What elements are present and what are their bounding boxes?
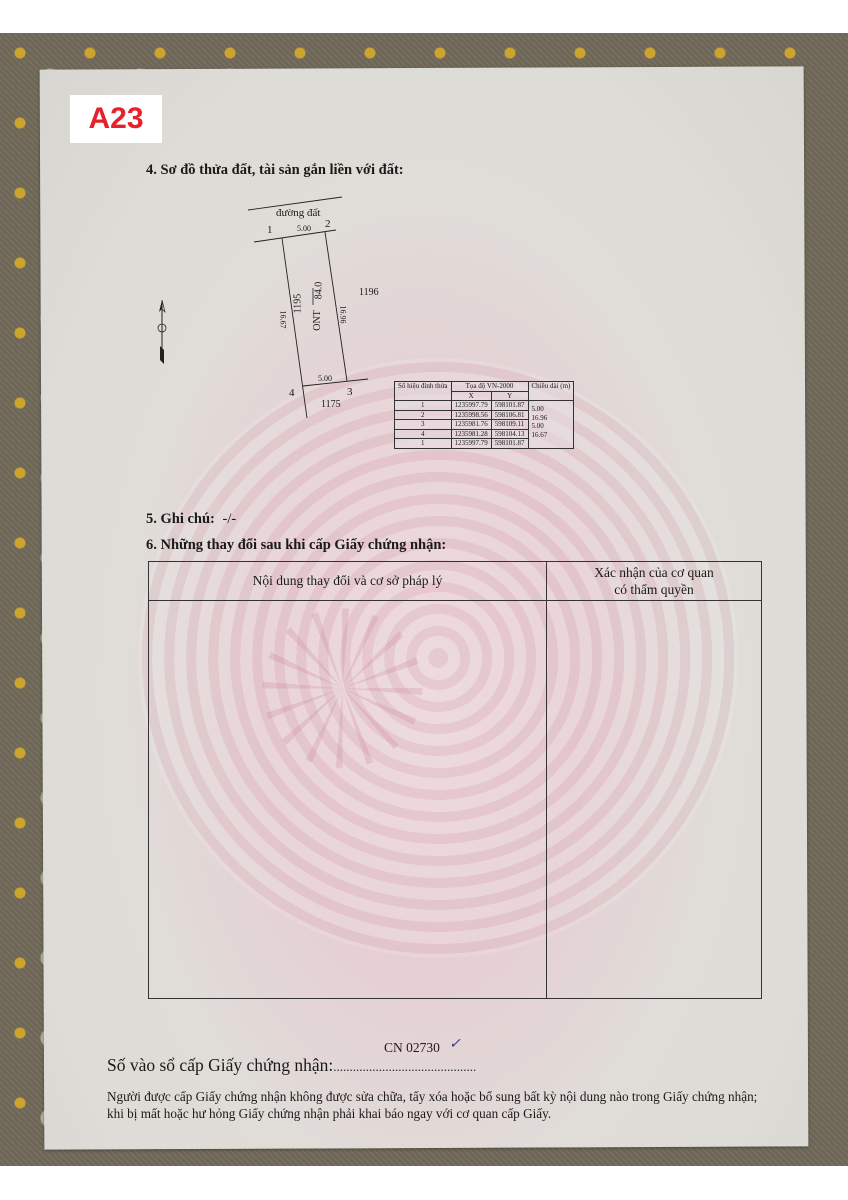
col-authority-confirmation: Xác nhận của cơ quan có thẩm quyền: [547, 564, 761, 598]
col-change-content: Nội dung thay đổi và cơ sở pháp lý: [149, 573, 546, 589]
page-label-badge: A23: [70, 95, 162, 143]
point-1-label: 1: [267, 224, 273, 236]
section-4-title: 4. Sơ đồ thửa đất, tài sản gắn liền với …: [146, 162, 404, 179]
header-divider: [149, 600, 761, 601]
neighbor-parcel-bottom: 1175: [321, 399, 341, 410]
point-2-label: 2: [325, 218, 331, 230]
parcel-area: 84.0: [313, 282, 324, 300]
col-x: X: [451, 391, 491, 401]
col-coord-system: Tọa độ VN-2000: [451, 382, 528, 392]
coordinate-table: Số hiệu đỉnh thửa Tọa độ VN-2000 Chiều d…: [394, 381, 574, 449]
neighbor-parcel-right: 1196: [359, 287, 379, 298]
north-arrow-icon: [152, 298, 172, 368]
land-type: ONT: [312, 310, 323, 331]
top-edge-length: 5.00: [297, 224, 311, 233]
col-length: Chiều dài (m): [528, 382, 574, 401]
road-label: đường đất: [276, 207, 320, 219]
handwritten-check-icon: ✓: [449, 1036, 461, 1053]
notes-label: 5. Ghi chú:: [146, 511, 215, 527]
registry-label: Số vào sổ cấp Giấy chứng nhận:: [107, 1055, 333, 1075]
left-edge-length: 16.67: [279, 311, 288, 329]
bottom-edge-length: 5.00: [318, 374, 332, 383]
notes-value: -/-: [223, 511, 237, 527]
registry-line: Số vào sổ cấp Giấy chứng nhận:..........…: [107, 1055, 476, 1076]
registry-dots: ........................................…: [333, 1059, 476, 1074]
section-6-title: 6. Những thay đổi sau khi cấp Giấy chứng…: [146, 537, 446, 554]
parcel-diagram: đường đất 1 2 3 4 5.00 5.00 16.67 16.96 …: [140, 190, 400, 420]
changes-table: Nội dung thay đổi và cơ sở pháp lý Xác n…: [148, 561, 762, 999]
col-y: Y: [491, 391, 528, 401]
col-point-id: Số hiệu đỉnh thửa: [395, 382, 452, 401]
right-edge-length: 16.96: [339, 306, 348, 324]
parcel-number: 1195: [292, 294, 303, 314]
point-4-label: 4: [289, 387, 295, 399]
legal-notice: Người được cấp Giấy chứng nhận không đượ…: [107, 1088, 767, 1122]
section-5-notes: 5. Ghi chú: -/-: [146, 511, 236, 528]
table-row: 1 1235997.79 598101.87 5.00 16.96 5.00 1…: [395, 401, 574, 411]
registry-number: CN 02730: [384, 1040, 440, 1056]
point-3-label: 3: [347, 386, 353, 398]
column-divider: [546, 562, 547, 998]
lengths-cell: 5.00 16.96 5.00 16.67: [528, 401, 574, 449]
